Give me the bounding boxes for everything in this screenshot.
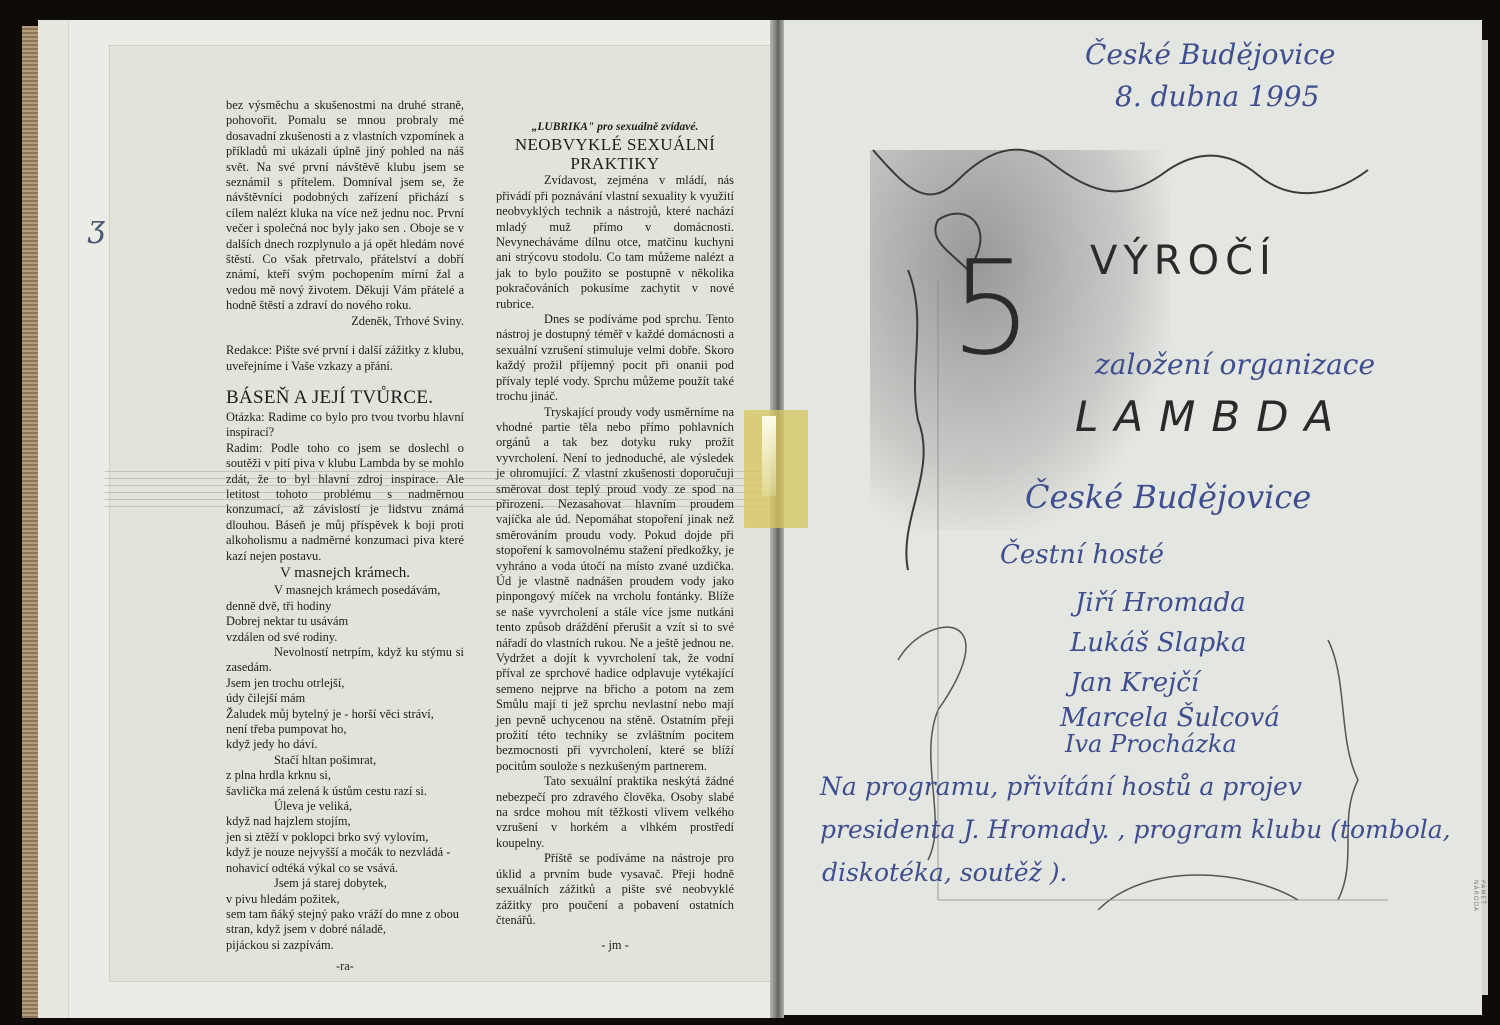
tape-shine: [762, 416, 776, 496]
poem-line: údy čilejší mám: [226, 691, 464, 706]
letter-signature: Zdeněk, Trhové Sviny.: [226, 314, 464, 329]
article-paragraph: Tato sexuální praktika neskýtá žádné neb…: [496, 774, 734, 851]
poem-line: nohavicí odtéká výkal co se vsává.: [226, 861, 464, 876]
anniversary-word: VÝROČÍ: [1090, 238, 1277, 284]
guest-name: Jan Krejčí: [1070, 668, 1199, 698]
guest-name: Marcela Šulcová: [1060, 703, 1280, 733]
handwritten-date: 8. dubna 1995: [1115, 80, 1319, 113]
poem-line: když jedy ho dáví.: [226, 737, 464, 752]
founding-line: založení organizace: [1095, 348, 1375, 381]
poem-line: pijáckou si zazpívám.: [226, 938, 464, 953]
poem-line: Žaludek můj bytelný je - horší věci strá…: [226, 707, 464, 722]
poem-line: jen si ztěží v poklopci brko svý vylovím…: [226, 830, 464, 845]
column-kicker: „LUBRIKA" pro sexuálně zvídavé.: [496, 120, 734, 135]
poem-line: není třeba pumpovat ho,: [226, 722, 464, 737]
letter-paragraph: bez výsměchu a skušenostmi na druhé stra…: [226, 98, 464, 314]
poem-line: Dobrej nektar tu usávám: [226, 614, 464, 629]
poem-line: Stačí hltan pošimrat,: [226, 753, 464, 768]
poem-line: Úleva je veliká,: [226, 799, 464, 814]
guest-name: Iva Procházka: [1065, 730, 1237, 758]
poem-line: vzdálen od své rodiny.: [226, 630, 464, 645]
poem-line: šavlička má zelená k ústům cestu razí si…: [226, 784, 464, 799]
program-line: presidenta J. Hromady. , program klubu (…: [820, 815, 1451, 844]
handwritten-place: České Budějovice: [1085, 38, 1335, 71]
guest-name: Jiří Hromada: [1075, 588, 1246, 618]
guests-label: Čestní hosté: [1000, 540, 1164, 570]
column-right: „LUBRIKA" pro sexuálně zvídavé. NEOBVYKL…: [496, 120, 734, 954]
archive-stamp: PAMĚŤ NÁRODA: [1472, 880, 1486, 912]
poem-line: V masnejch krámech posedávám,: [226, 583, 464, 598]
poem: V masnejch krámech posedávám, denně dvě,…: [226, 583, 464, 953]
poem-line: Nevolností netrpím, když ku stýmu si zas…: [226, 645, 464, 676]
article-title: NEOBVYKLÉ SEXUÁLNÍ PRAKTIKY: [496, 135, 734, 173]
adhesive-tape: [744, 410, 808, 528]
guest-name: Lukáš Slapka: [1070, 628, 1246, 658]
poem-line: když nad hajzlem stojím,: [226, 814, 464, 829]
editor-note: Redakce: Pište své první i další zážitky…: [226, 343, 464, 374]
poem-line: Jsem jen trochu otrlejší,: [226, 676, 464, 691]
poem-line: stran, když jsem v dobré náladě,: [226, 922, 464, 937]
program-line: diskotéka, soutěž ).: [822, 858, 1067, 887]
article-signature: - jm -: [496, 938, 734, 953]
poem-line: když je nouze nejvyšší a močák to nezvlá…: [226, 845, 464, 860]
interview-answer: Radim: Podle toho co jsem se doslechl o …: [226, 441, 464, 564]
article-paragraph: Zvídavost, zejména v mládí, nás přivádí …: [496, 173, 734, 312]
organization-name: LAMBDA: [1075, 392, 1349, 441]
poem-line: sem tam ňáký stejný pako vráží do mne z …: [226, 907, 464, 922]
page-edge: [1482, 40, 1488, 995]
poem-line: Jsem já starej dobytek,: [226, 876, 464, 891]
poem-article-heading: BÁSEŇ A JEJÍ TVŮRCE.: [226, 388, 464, 408]
margin-pencil-mark: ʒ: [88, 210, 105, 245]
poem-line: denně dvě, tři hodiny: [226, 599, 464, 614]
anniversary-number: 5: [950, 232, 1033, 384]
interview-question: Otázka: Radime co bylo pro tvou tvorbu h…: [226, 410, 464, 441]
article-paragraph: Dnes se podíváme pod sprchu. Tento nástr…: [496, 312, 734, 404]
program-line: Na programu, přivítání hostů a projev: [820, 772, 1302, 801]
poem-line: z plna hrdla krknu si,: [226, 768, 464, 783]
column-left: bez výsměchu a skušenostmi na druhé stra…: [226, 98, 464, 975]
poem-signature: -ra-: [226, 959, 464, 974]
article-paragraph: Příště se podíváme na nástroje pro úklid…: [496, 851, 734, 928]
handwritten-city: České Budějovice: [1025, 478, 1311, 516]
poem-line: v pivu hledám požitek,: [226, 892, 464, 907]
poem-title: V masnejch krámech.: [226, 566, 464, 581]
article-paragraph: Tryskající proudy vody usměrníme na vhod…: [496, 405, 734, 775]
